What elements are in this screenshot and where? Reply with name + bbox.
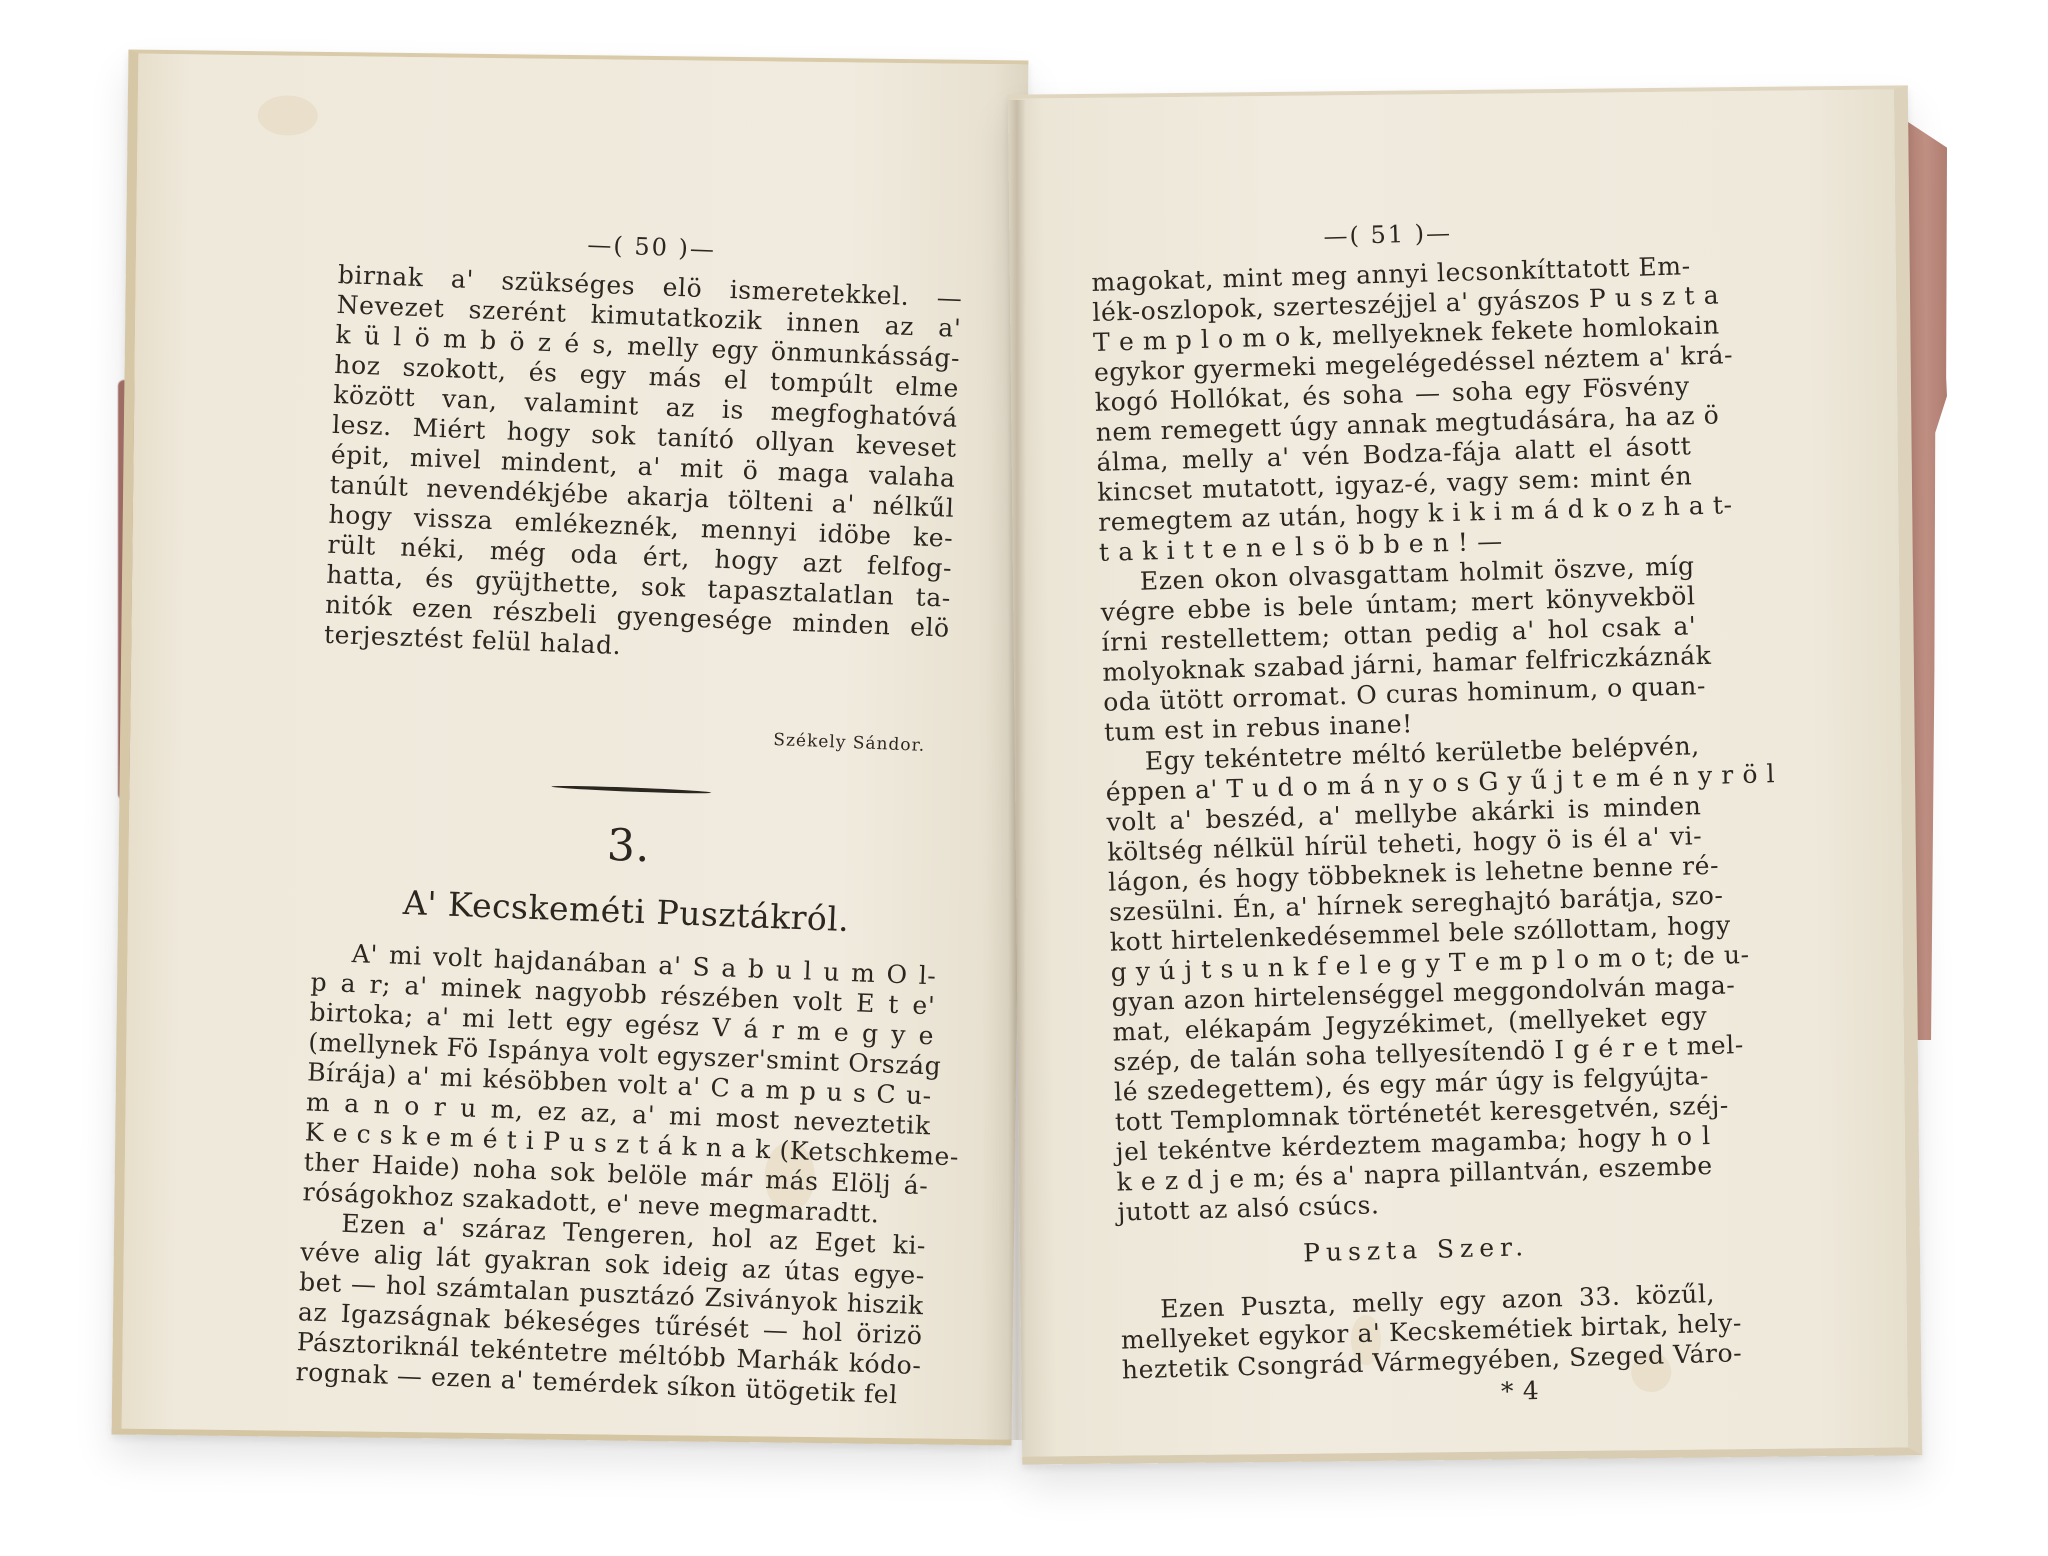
section-subheading: Puszta Szer. — [1118, 1227, 1714, 1274]
open-book: —( 50 )— birnak a' szükséges elö ismeret… — [0, 0, 2048, 1556]
chapter-number: 3. — [315, 810, 941, 884]
body-text: magokat, mint meg annyi lecsonkíttatott … — [1091, 251, 1713, 1227]
paragraph-continued: birnak a' szükséges elö ismeretekkel. —N… — [323, 260, 963, 674]
right-page-text: —( 51 )— magokat, mint meg annyi lecsonk… — [1090, 211, 1718, 1417]
author-signature: Székely Sándor. — [320, 708, 946, 762]
left-page-text: —( 50 )— birnak a' szükséges elö ismeret… — [295, 220, 964, 1411]
book-gutter — [1008, 100, 1026, 1440]
section-body: Ezen Puszta, melly egy azon 33. közűl,me… — [1120, 1279, 1717, 1386]
section-divider-rule — [551, 785, 711, 795]
chapter-title: A' Kecskeméti Pusztákról. — [313, 880, 939, 944]
foxing-stain — [257, 95, 317, 136]
chapter-body: A' mi volt hajdanában a' S a b u l u m O… — [295, 937, 937, 1411]
